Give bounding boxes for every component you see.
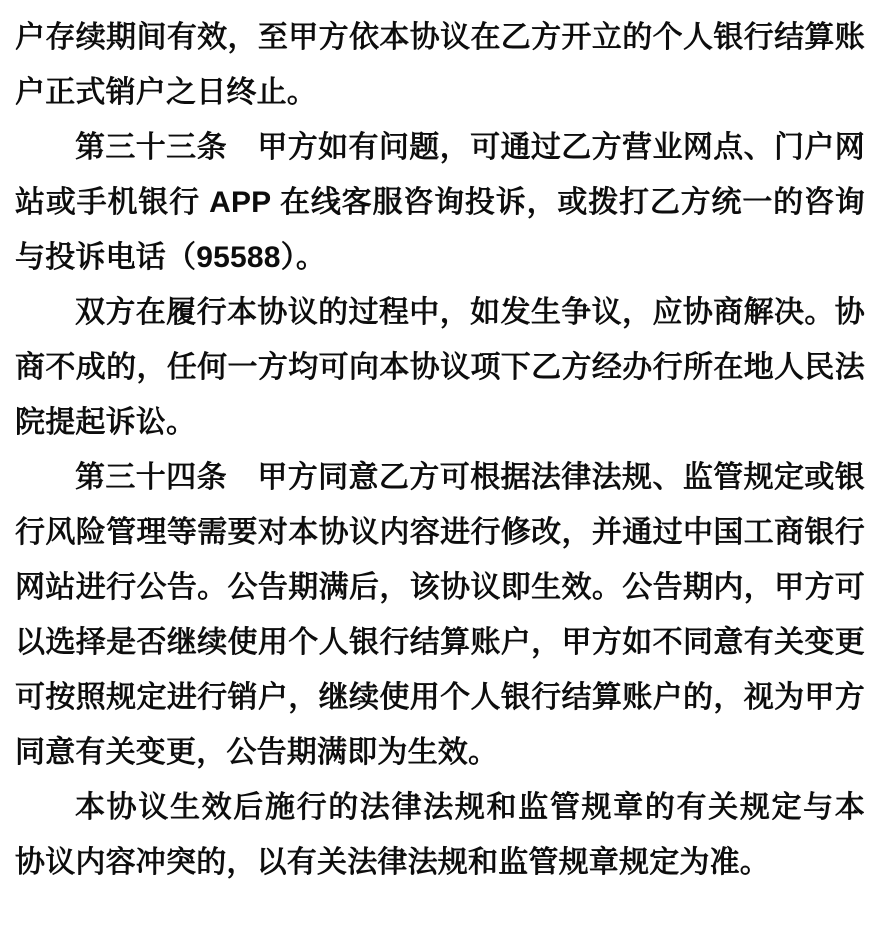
text-line: 与投诉电话（95588）。 [15,230,865,285]
text-line: 协议内容冲突的，以有关法律法规和监管规章规定为准。 [15,835,865,890]
text-line: 商不成的，任何一方均可向本协议项下乙方经办行所在地人民法 [15,340,865,395]
text-line: 本协议生效后施行的法律法规和监管规章的有关规定与本 [15,780,865,835]
text-line-article-33: 第三十三条 甲方如有问题，可通过乙方营业网点、门户网 [15,120,865,175]
text-line-article-34: 第三十四条 甲方同意乙方可根据法律法规、监管规定或银 [15,450,865,505]
text-line: 网站进行公告。公告期满后，该协议即生效。公告期内，甲方可 [15,560,865,615]
text-line: 行风险管理等需要对本协议内容进行修改，并通过中国工商银行 [15,505,865,560]
text-line: 站或手机银行 APP 在线客服咨询投诉，或拨打乙方统一的咨询 [15,175,865,230]
text-line: 双方在履行本协议的过程中，如发生争议，应协商解决。协 [15,285,865,340]
text-line: 可按照规定进行销户，继续使用个人银行结算账户的，视为甲方 [15,670,865,725]
document-page: 户存续期间有效，至甲方依本协议在乙方开立的个人银行结算账 户正式销户之日终止。 … [0,0,880,944]
text-line: 院提起诉讼。 [15,395,865,450]
text-line: 户正式销户之日终止。 [15,65,865,120]
text-line: 户存续期间有效，至甲方依本协议在乙方开立的个人银行结算账 [15,10,865,65]
text-line: 以选择是否继续使用个人银行结算账户，甲方如不同意有关变更 [15,615,865,670]
text-line: 同意有关变更，公告期满即为生效。 [15,725,865,780]
